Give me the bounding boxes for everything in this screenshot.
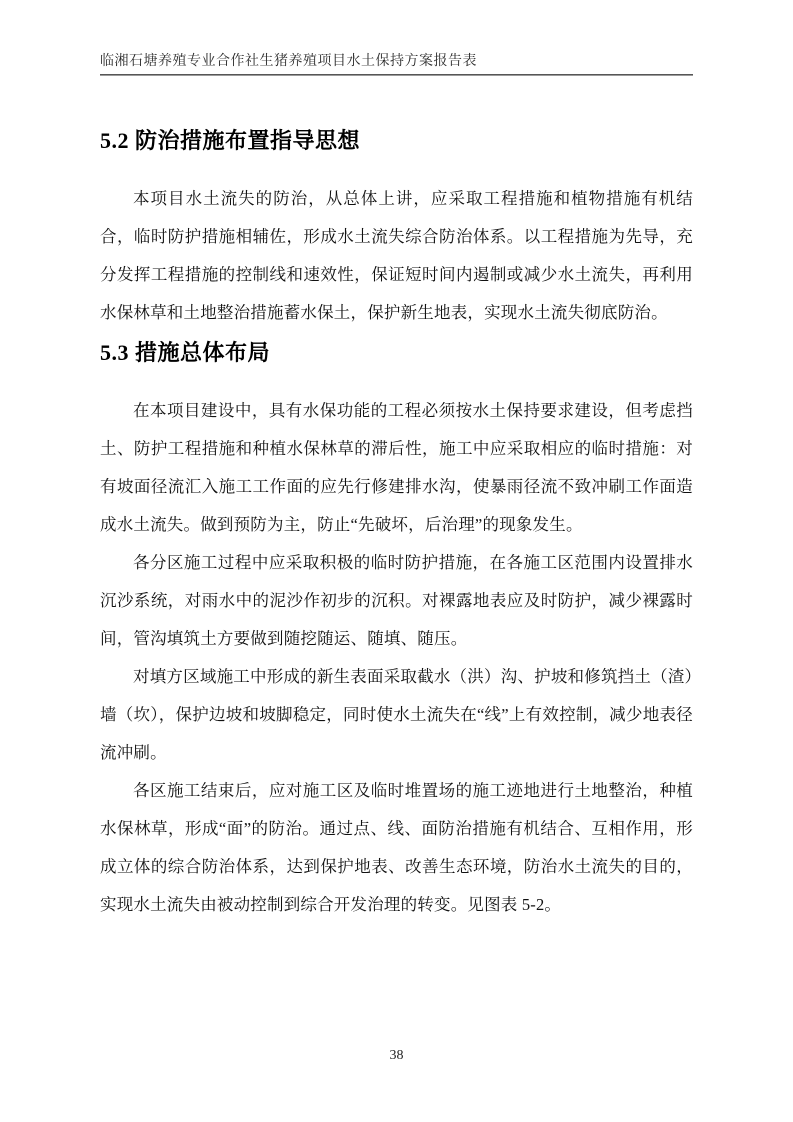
paragraph-5-2-1: 本项目水土流失的防治，从总体上讲，应采取工程措施和植物措施有机结合，临时防护措施…	[100, 180, 693, 332]
paragraph-5-3-4: 各区施工结束后，应对施工区及临时堆置场的施工迹地进行土地整治，种植水保林草，形成…	[100, 772, 693, 924]
header-title: 临湘石塘养殖专业合作社生猪养殖项目水土保持方案报告表	[100, 53, 693, 70]
document-page: 临湘石塘养殖专业合作社生猪养殖项目水土保持方案报告表 5.2 防治措施布置指导思…	[0, 0, 793, 1122]
page-footer: 38	[0, 1046, 793, 1064]
paragraph-5-3-1: 在本项目建设中，具有水保功能的工程必须按水土保持要求建设，但考虑挡土、防护工程措…	[100, 392, 693, 544]
section-heading-5-2: 5.2 防治措施布置指导思想	[100, 126, 693, 156]
section-heading-5-3: 5.3 措施总体布局	[100, 338, 693, 368]
paragraph-5-3-2: 各分区施工过程中应采取积极的临时防护措施，在各施工区范围内设置排水沉沙系统，对雨…	[100, 544, 693, 658]
page-number: 38	[390, 1048, 404, 1063]
paragraph-5-3-3: 对填方区域施工中形成的新生表面采取截水（洪）沟、护坡和修筑挡土（渣）墙（坎），保…	[100, 658, 693, 772]
running-header: 临湘石塘养殖专业合作社生猪养殖项目水土保持方案报告表	[100, 0, 693, 76]
page-content: 临湘石塘养殖专业合作社生猪养殖项目水土保持方案报告表 5.2 防治措施布置指导思…	[100, 0, 693, 924]
header-rule	[100, 74, 693, 76]
